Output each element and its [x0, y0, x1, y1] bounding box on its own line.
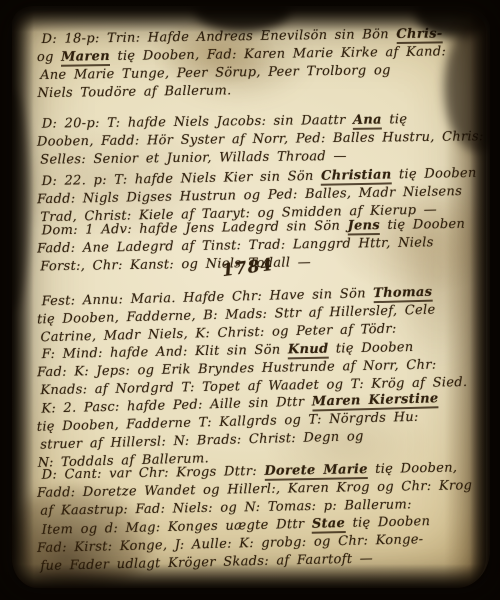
- underlined-name: Thomas: [373, 285, 433, 303]
- parchment-page: D: 18-p: Trin: Hafde Andreas Enevilsön s…: [12, 6, 490, 588]
- register-entry: Item og d: Mag: Konges uægte Dttr Stae t…: [41, 512, 470, 576]
- text-segment: D: Cant: var Chr: Krogs Dttr:: [42, 464, 265, 483]
- underlined-name: Stae: [312, 516, 346, 534]
- text-segment: og: [37, 50, 61, 65]
- register-entry: D: Cant: var Chr: Krogs Dttr: Dorete Mar…: [42, 459, 471, 520]
- text-segment: Selles: Senior et Junior, Willads Throad…: [40, 149, 347, 168]
- text-segment: tię Dooben,: [368, 460, 458, 477]
- underlined-name: Ana: [353, 112, 382, 129]
- underlined-name: Maren Kierstine: [312, 391, 439, 411]
- text-segment: Niels Toudöre af Ballerum.: [37, 83, 231, 101]
- register-entry: Fest: Annu: Maria. Hafde Chr: Have sin S…: [41, 283, 470, 347]
- text-segment: tię Dooben, Fad: Karen Marie Kirke af Ka…: [110, 44, 446, 64]
- manuscript-photo: D: 18-p: Trin: Hafde Andreas Enevilsön s…: [0, 0, 500, 600]
- underlined-name: Jens: [347, 218, 380, 236]
- text-segment: tię Dooben: [391, 166, 476, 183]
- text-segment: Dooben, Fadd: Hör Syster af Norr, Ped: B…: [37, 129, 484, 149]
- manuscript-entries: D: 18-p: Trin: Hafde Andreas Enevilsön s…: [42, 12, 470, 578]
- text-segment: tię Dooben: [380, 217, 465, 233]
- text-segment: Ane Marie Tunge, Peer Sörup, Peer Trolbo…: [40, 63, 391, 83]
- underlined-name: Knud: [288, 342, 329, 360]
- text-segment: tię Dooben: [345, 514, 430, 531]
- underlined-name: Dorete Marie: [264, 462, 368, 481]
- text-segment: tię Dooben: [328, 340, 413, 357]
- underlined-name: Christian: [321, 167, 392, 185]
- text-segment: D: 20-p: T: hafde Niels Jacobs: sin Daat…: [42, 113, 353, 132]
- text-segment: tię: [382, 112, 408, 127]
- underlined-name: Maren: [61, 49, 110, 67]
- underlined-name: Chris-: [396, 26, 442, 44]
- register-entry: D: 18-p: Trin: Hafde Andreas Enevilsön s…: [42, 25, 471, 103]
- register-entry: D: 20-p: T: hafde Niels Jacobs: sin Daat…: [42, 110, 471, 169]
